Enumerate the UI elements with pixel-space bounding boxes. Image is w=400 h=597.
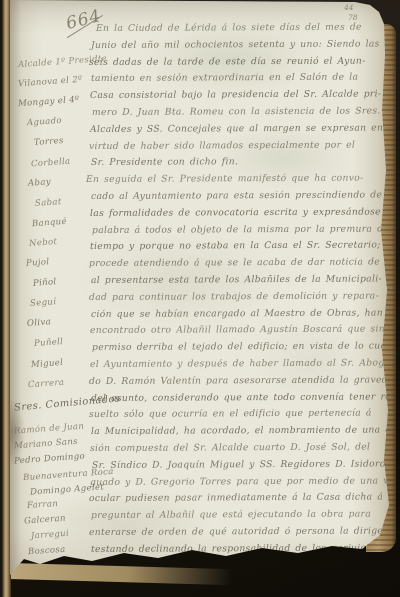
body-line: guado y D. Gregorio Torres para que por … (90, 475, 400, 488)
body-line: las formalidades de convocatoria escrita… (89, 206, 397, 219)
body-line: palabra á todos el objeto de la misma po… (91, 223, 391, 236)
body-line: seis dadas de la tarde de este día se re… (89, 55, 366, 67)
body-line: Sr. Presidente con dicho fin. (90, 157, 237, 169)
body-line: Junio del año mil ochocientos setenta y … (90, 38, 379, 51)
body-line: testando declinando la responsabilidad d… (91, 542, 400, 555)
book-binding (0, 0, 11, 597)
body-line: En la Ciudad de Lérida á los siete días … (96, 22, 362, 34)
margin-commission-name: Boscosa (28, 544, 66, 557)
manuscript-page: 664 44 78 Alcalde 1º PresidteVilanova el… (10, 0, 390, 584)
body-line: ción que se habían encargado al Maestro … (91, 307, 383, 320)
body-line: tiempo y porque no estaba en la Casa el … (90, 240, 400, 253)
margin-commission-name: Galceran (24, 514, 66, 527)
body-line: procede atendiendo á que se le acaba de … (88, 257, 400, 270)
body-line: ocular pudiesen pasar inmediatamente á l… (88, 492, 382, 505)
body-line: la Municipalidad, ha acordado, el nombra… (91, 425, 400, 438)
manuscript-photo: 664 44 78 Alcalde 1º PresidteVilanova el… (0, 0, 400, 597)
body-line: En seguida el Sr. Presidente manifestó q… (86, 173, 364, 185)
margin-commission-name: Farran (27, 499, 59, 511)
body-line: permiso derriba el tejado del edificio; … (91, 341, 389, 354)
body-line: suelto sólo que ocurría en el edificio q… (89, 408, 372, 420)
body-line: dad para continuar los trabajos de demol… (89, 290, 379, 303)
body-line: del asunto, considerando que ante todo c… (90, 391, 393, 404)
margin-commission-name: Jarregui (31, 529, 70, 542)
margin-commission-name: Ramón de Juan (14, 422, 85, 437)
body-line: virtud de haber sido llamados especialme… (88, 139, 354, 151)
body-text: En la Ciudad de Lérida á los siete días … (88, 0, 388, 584)
body-line: preguntar al Albañil que está ejecutando… (90, 509, 370, 521)
body-line: Alcaldes y SS. Concejales que al margen … (90, 122, 383, 135)
body-line: al presentarse esta tarde los Albañiles … (90, 273, 381, 286)
under-page-edge (2, 563, 232, 585)
body-line: tamiento en sesión extraordinaria en el … (91, 72, 358, 84)
body-line: sión compuesta del Sr. Alcalde cuarto D.… (89, 442, 369, 454)
body-line: enterarse de orden de qué autoridad ó pe… (89, 525, 400, 538)
body-line: do D. Ramón Valentín para asesorarse ate… (88, 374, 399, 387)
margin-commission-name: Mariano Sans (14, 437, 78, 451)
margin-commission-name: Pedro Domingo (14, 452, 86, 467)
margin-commission-list: Ramón de JuanMariano SansPedro DomingoBu… (18, 0, 93, 584)
body-line: cado al Ayuntamiento para esta sesión pr… (91, 189, 382, 202)
body-line: mero D. Juan Bta. Romeu con la asistenci… (91, 105, 380, 118)
body-line: Casa consistorial bajo la presidencia de… (89, 89, 380, 102)
body-line: Sr. Síndico D. Joaquín Miguel y SS. Regi… (91, 458, 400, 471)
body-line: el Ayuntamiento y después de haber llama… (90, 357, 394, 370)
body-line: encontrado otro Albañil llamado Agustín … (89, 324, 384, 337)
